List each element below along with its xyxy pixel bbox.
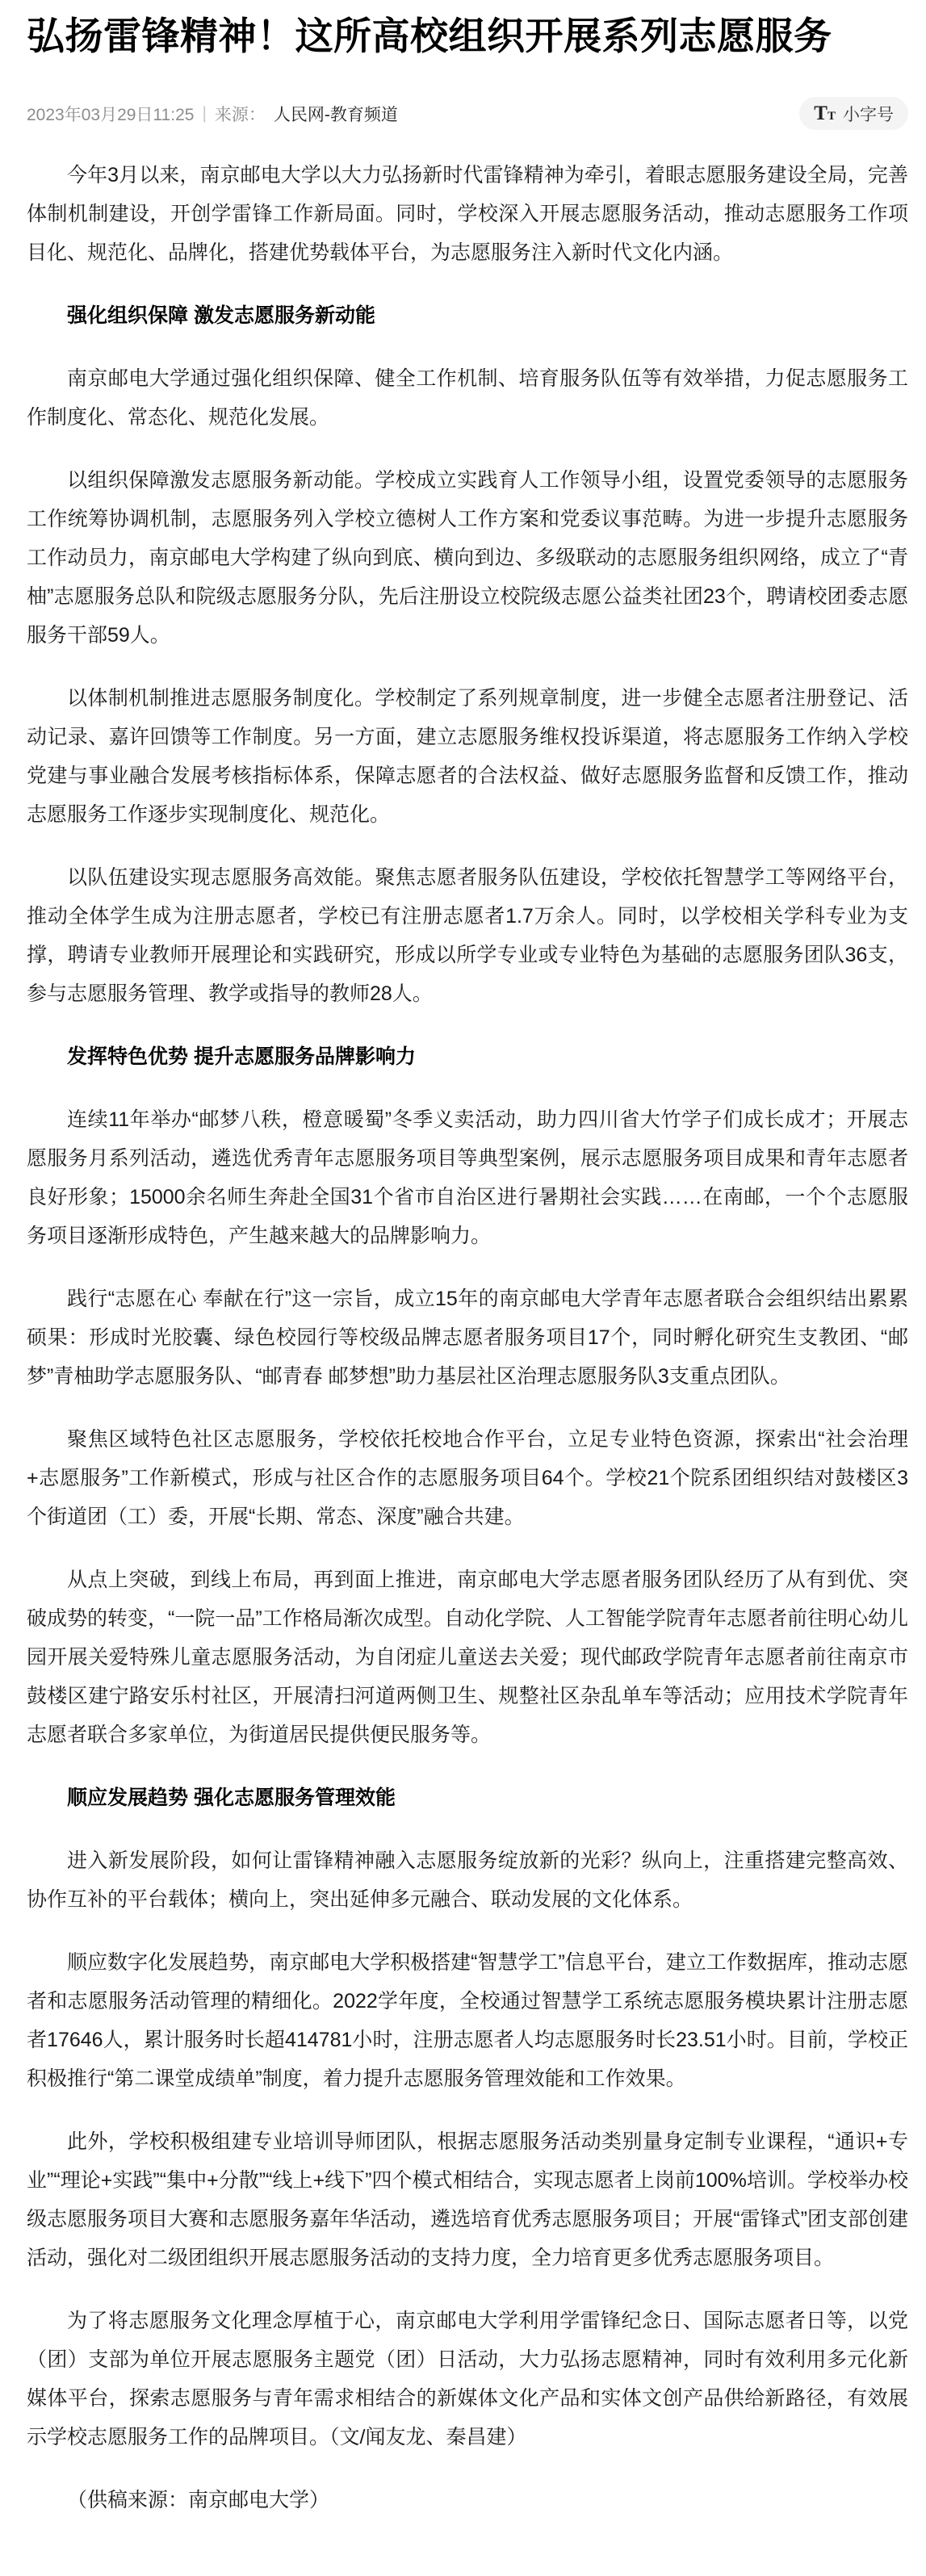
body-paragraph: 南京邮电大学通过强化组织保障、健全工作机制、培育服务队伍等有效举措，力促志愿服务…	[27, 359, 908, 437]
body-paragraph: 从点上突破，到线上布局，再到面上推进，南京邮电大学志愿者服务团队经历了从有到优、…	[27, 1560, 908, 1754]
body-paragraph: 顺应数字化发展趋势，南京邮电大学积极搭建“智慧学工”信息平台，建立工作数据库，推…	[27, 1943, 908, 2098]
article-body: 今年3月以来，南京邮电大学以大力弘扬新时代雷锋精神为牵引，着眼志愿服务建设全局，…	[27, 156, 908, 2519]
body-paragraph: （供稿来源：南京邮电大学）	[27, 2481, 908, 2519]
body-paragraph: 践行“志愿在心 奉献在行”这一宗旨，成立15年的南京邮电大学青年志愿者联合会组织…	[27, 1280, 908, 1396]
body-paragraph: 为了将志愿服务文化理念厚植于心，南京邮电大学利用学雷锋纪念日、国际志愿者日等，以…	[27, 2302, 908, 2457]
body-paragraph: 连续11年举办“邮梦八秩，橙意暖蜀”冬季义卖活动，助力四川省大竹学子们成长成才；…	[27, 1100, 908, 1255]
source-label: 来源：	[215, 102, 266, 126]
body-paragraph: 此外，学校积极组建专业培训导师团队，根据志愿服务活动类别量身定制专业课程，“通识…	[27, 2122, 908, 2277]
article-page: 弘扬雷锋精神！这所高校组织开展系列志愿服务 2023年03月29日11:25 |…	[0, 0, 926, 2576]
source-name: 人民网-教育频道	[274, 102, 398, 126]
section-heading: 强化组织保障 激发志愿服务新动能	[27, 296, 908, 335]
font-size-button[interactable]: TT 小字号	[799, 97, 908, 130]
body-paragraph: 今年3月以来，南京邮电大学以大力弘扬新时代雷锋精神为牵引，着眼志愿服务建设全局，…	[27, 156, 908, 272]
body-paragraph: 以组织保障激发志愿服务新动能。学校成立实践育人工作领导小组，设置党委领导的志愿服…	[27, 461, 908, 655]
font-size-icon: TT	[814, 103, 836, 124]
section-heading: 顺应发展趋势 强化志愿服务管理效能	[27, 1778, 908, 1817]
section-heading: 发挥特色优势 提升志愿服务品牌影响力	[27, 1037, 908, 1076]
body-paragraph: 进入新发展阶段，如何让雷锋精神融入志愿服务绽放新的光彩？纵向上，注重搭建完整高效…	[27, 1841, 908, 1919]
publish-date: 2023年03月29日11:25	[27, 102, 194, 126]
font-size-label: 小字号	[843, 102, 894, 126]
body-paragraph: 以体制机制推进志愿服务制度化。学校制定了系列规章制度，进一步健全志愿者注册登记、…	[27, 679, 908, 834]
body-paragraph: 以队伍建设实现志愿服务高效能。聚焦志愿者服务队伍建设，学校依托智慧学工等网络平台…	[27, 858, 908, 1013]
article-title: 弘扬雷锋精神！这所高校组织开展系列志愿服务	[27, 11, 908, 61]
meta-row: 2023年03月29日11:25 | 来源： 人民网-教育频道 TT 小字号	[27, 97, 908, 130]
meta-info: 2023年03月29日11:25 | 来源： 人民网-教育频道	[27, 102, 398, 126]
body-paragraph: 聚焦区域特色社区志愿服务，学校依托校地合作平台，立足专业特色资源，探索出“社会治…	[27, 1420, 908, 1536]
meta-separator: |	[202, 104, 206, 124]
